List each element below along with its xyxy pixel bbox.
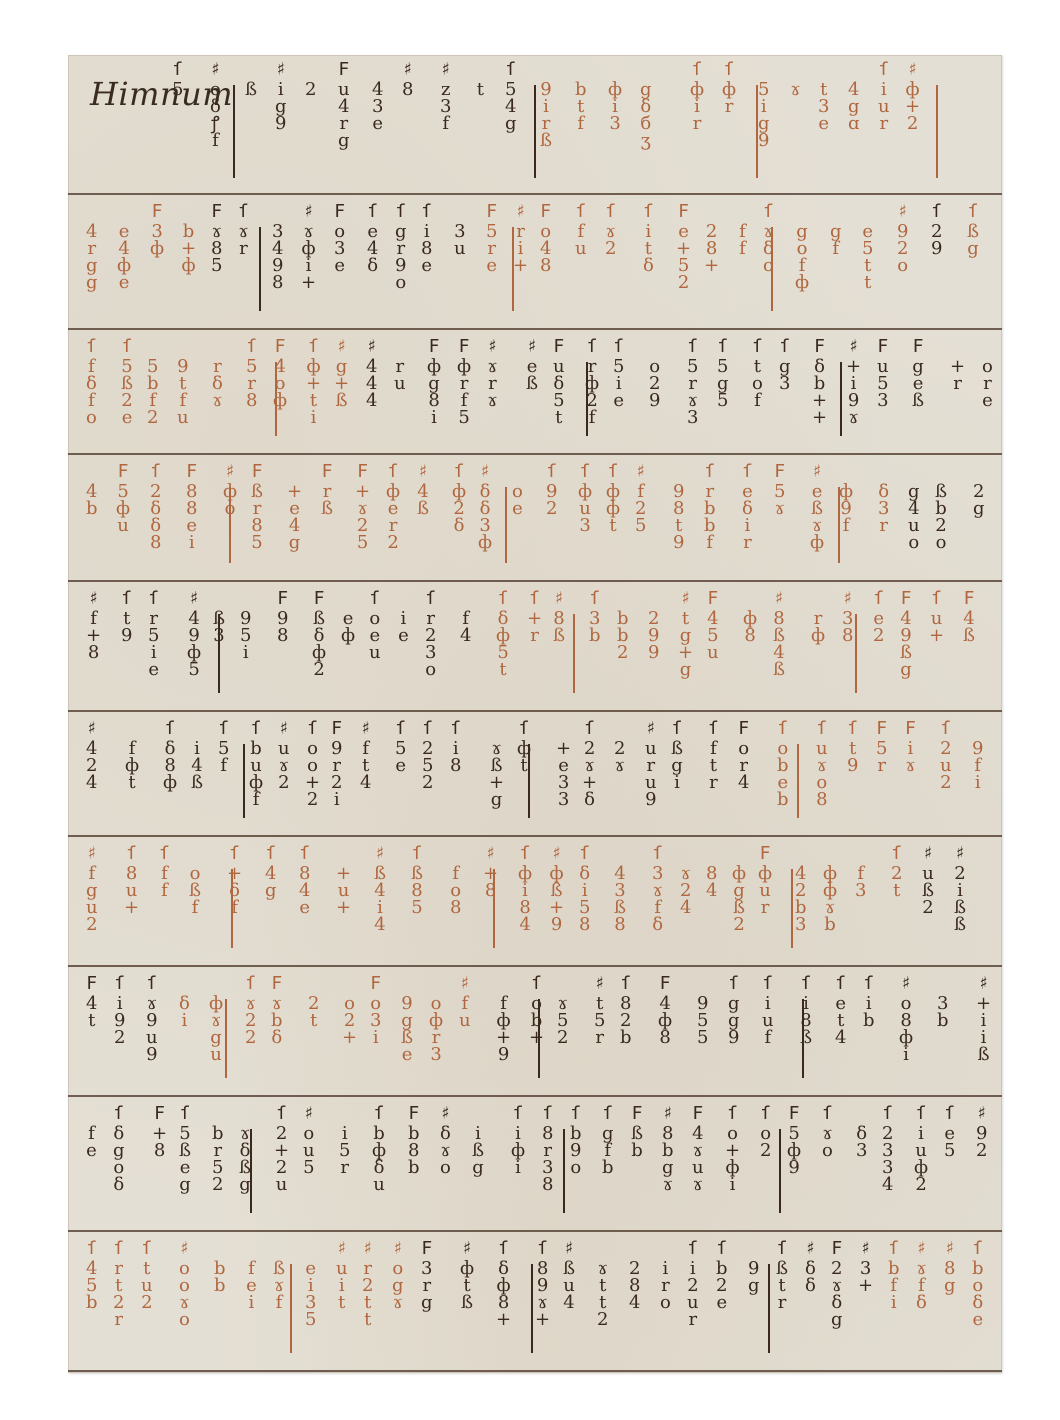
- tablature-chord: ♯ig9: [275, 61, 287, 132]
- rhythm-flag-icon: [790, 61, 801, 81]
- tablature-chord: ſ5r8: [246, 338, 257, 409]
- tablature-chord: ſb2e: [716, 1240, 728, 1311]
- tablature-chord: Fiɤ: [905, 720, 916, 774]
- tablature-chord: ſß85: [411, 845, 423, 916]
- tablature-chord: ♯ßu4: [563, 1240, 575, 1311]
- tablature-letter: e: [716, 1294, 727, 1311]
- tablature-letter: o: [86, 409, 97, 426]
- tablature-letter: g: [421, 1294, 433, 1311]
- rhythm-flag-icon: ſ: [968, 203, 979, 223]
- rhythm-flag-icon: ſ: [251, 720, 262, 740]
- rhythm-flag-icon: ♯: [774, 590, 785, 610]
- tablature-chord: ♯8bgɤ: [662, 1105, 674, 1193]
- tablature-chord: ſrt2r: [113, 1240, 124, 1328]
- tablature-chord: f4: [460, 590, 471, 644]
- rhythm-flag-icon: [308, 975, 319, 995]
- rhythm-flag-icon: ♯: [944, 1240, 955, 1260]
- rhythm-flag-icon: ♯: [594, 975, 605, 995]
- tablature-system: ſ45bſrt2rſtu2♯ooɤo bb fei ßɤf ei35♯uit♯r…: [68, 1234, 1002, 1368]
- rhythm-flag-icon: ſ: [605, 203, 616, 223]
- bar-line: [802, 999, 804, 1078]
- rhythm-flag-icon: ſ: [882, 1105, 893, 1125]
- tablature-chord: e5tt: [862, 203, 873, 291]
- tablature-chord: ♯3+: [858, 1240, 873, 1294]
- tablature-letter: r: [778, 1294, 787, 1311]
- tablature-chord: 2g: [973, 463, 985, 517]
- tablature-letter: g: [265, 882, 277, 899]
- tablature-letter: r: [953, 375, 962, 392]
- rhythm-flag-icon: ♯: [645, 720, 656, 740]
- bar-line: [259, 227, 261, 311]
- tablature-letter: g: [86, 274, 98, 291]
- rhythm-flag-icon: [454, 203, 465, 223]
- rhythm-flag-icon: ♯: [551, 845, 562, 865]
- tablature-chord: F49ßg: [900, 590, 912, 678]
- tablature-letter: ß: [553, 627, 565, 644]
- bar-line: [838, 487, 840, 563]
- tablature-letter: +: [342, 1029, 357, 1046]
- tablature-letter: i: [243, 644, 249, 661]
- tablature-chord: 3498: [272, 203, 283, 291]
- rhythm-flag-icon: F: [459, 338, 470, 358]
- rhythm-flag-icon: ſ: [672, 720, 683, 740]
- tablature-letter: ß: [540, 132, 552, 149]
- rhythm-flag-icon: [615, 845, 626, 865]
- rhythm-flag-icon: ♯: [275, 61, 286, 81]
- tablature-chord: ♯49ф5: [187, 590, 201, 678]
- tablature-chord: ♯2ißß: [954, 845, 966, 933]
- rhythm-flag-icon: ſ: [608, 463, 619, 483]
- tablature-letter: δ: [367, 257, 378, 274]
- tablature-letter: e: [818, 115, 829, 132]
- rhythm-flag-icon: [575, 61, 586, 81]
- rhythm-flag-icon: ſ: [529, 590, 540, 610]
- bar-line: [512, 227, 514, 311]
- tablature-chord: ſ5ßeg: [179, 1105, 191, 1193]
- rhythm-flag-icon: [830, 203, 841, 223]
- tablature-letter: 8: [150, 534, 161, 551]
- tablature-chord: Fɤ85: [211, 203, 222, 274]
- tablature-chord: ei35: [305, 1240, 316, 1328]
- tablature-chord: F2ɤδg: [831, 1240, 843, 1328]
- tablature-letter: 5: [251, 534, 262, 551]
- tablature-letter: f: [706, 534, 713, 551]
- tablature-letter: ß: [912, 392, 924, 409]
- tablature-chord: ſi2ur: [687, 1240, 699, 1328]
- tablature-chord: Fßδф2: [312, 590, 326, 678]
- tablature-letter: t: [88, 1012, 95, 1029]
- tablature-chord: 4b: [86, 463, 98, 517]
- tablature-chord: δ3: [856, 1105, 867, 1159]
- tablature-chord: 28+: [704, 203, 719, 274]
- rhythm-flag-icon: F: [275, 338, 286, 358]
- rhythm-flag-icon: ſ: [180, 1105, 191, 1125]
- tablature-letter: 3: [609, 115, 620, 132]
- rhythm-flag-icon: [862, 203, 873, 223]
- tablature-letter: f: [832, 240, 839, 257]
- tablature-chord: ſftr: [708, 720, 719, 791]
- tablature-chord: fф+9: [496, 975, 511, 1063]
- tablature-letter: o: [179, 1311, 190, 1328]
- tablature-chord: ɤß+g: [489, 720, 504, 808]
- tablature-chord: ſe2: [873, 590, 884, 644]
- rhythm-flag-icon: [818, 61, 829, 81]
- bar-line: [225, 999, 227, 1078]
- tablature-letter: δ: [454, 517, 465, 534]
- rhythm-flag-icon: F: [553, 338, 564, 358]
- tablature-chord: Fu4rg: [338, 61, 350, 149]
- tablature-letter: 4: [360, 774, 371, 791]
- tablature-chord: ♯4ß: [417, 463, 429, 517]
- rhythm-flag-icon: ♯: [375, 845, 386, 865]
- tablature-letter: o: [936, 534, 947, 551]
- tablature-chord: 4gɑ: [848, 61, 860, 132]
- tablature-letter: f: [212, 132, 219, 149]
- tablature-letter: i: [189, 534, 195, 551]
- rhythm-flag-icon: [856, 1105, 867, 1125]
- rhythm-flag-icon: ♯: [336, 1240, 347, 1260]
- bar-line: [791, 869, 793, 948]
- tablature-letter: 9: [551, 916, 562, 933]
- tablature-letter: 4: [366, 392, 377, 409]
- tablature-chord: ſtu2: [141, 1240, 153, 1311]
- tablature-letter: 4: [563, 1294, 574, 1311]
- tablature-chord: ſфu3: [578, 463, 592, 534]
- tablature-chord: ♯ß4i4: [374, 845, 386, 933]
- tablature-chord: F5r: [876, 720, 887, 774]
- tablature-letter: 8: [246, 392, 257, 409]
- rhythm-flag-icon: F: [271, 975, 282, 995]
- tablature-chord: ♯444: [366, 338, 377, 409]
- tablature-chord: F+8: [152, 1105, 167, 1159]
- rhythm-flag-icon: ♯: [923, 845, 934, 865]
- tablature-chord: ſɤ9u9: [146, 975, 158, 1063]
- tablature-chord: ſg3: [779, 338, 791, 392]
- tablature-chord: i4ß: [191, 720, 203, 791]
- tablature-chord: ſo2: [760, 1105, 771, 1159]
- staff-rule: [68, 1095, 1002, 1097]
- tablature-chord: bb: [214, 1240, 226, 1294]
- tablature-letter: ʒ: [641, 132, 651, 149]
- tablature-chord: ſßtr: [776, 1240, 788, 1311]
- bar-line: [275, 362, 277, 436]
- tablature-chord: ♯ф+2: [905, 61, 920, 132]
- rhythm-flag-icon: ſ: [847, 720, 858, 740]
- rhythm-flag-icon: F: [334, 203, 345, 223]
- tablature-letter: r: [725, 98, 734, 115]
- tablature-letter: 9: [728, 1029, 739, 1046]
- tablature-chord: Fßb: [631, 1105, 643, 1159]
- tablature-chord: F98: [277, 590, 288, 644]
- rhythm-flag-icon: [190, 845, 201, 865]
- rhythm-flag-icon: ♯: [179, 1240, 190, 1260]
- rhythm-flag-icon: [274, 1240, 285, 1260]
- rhythm-flag-icon: [212, 338, 223, 358]
- rhythm-flag-icon: ſ: [777, 1240, 788, 1260]
- tablature-letter: o: [570, 1159, 581, 1176]
- tablature-chord: фgß2: [732, 845, 746, 933]
- tablature-chord: ♯uß2: [922, 845, 934, 916]
- tablature-letter: 2: [733, 916, 744, 933]
- tablature-chord: ſɤo: [822, 1105, 833, 1159]
- tablature-letter: i: [730, 1176, 736, 1193]
- tablature-chord: F+ɤ25: [355, 463, 370, 551]
- bar-line: [573, 614, 575, 693]
- tablature-chord: ſɤ2: [605, 203, 616, 257]
- rhythm-flag-icon: [491, 720, 502, 740]
- tablature-letter: 3: [855, 882, 866, 899]
- tablature-chord: ♯ogɤ: [392, 1240, 404, 1311]
- rhythm-flag-icon: ♯: [418, 463, 429, 483]
- rhythm-flag-icon: [119, 203, 130, 223]
- bar-line: [231, 869, 233, 948]
- tablature-letter: 4: [706, 882, 717, 899]
- tablature-letter: 4: [738, 774, 749, 791]
- tablature-chord: b+ф: [181, 203, 196, 274]
- rhythm-flag-icon: [557, 975, 568, 995]
- tablature-letter: 2: [617, 644, 628, 661]
- tablature-system: 4rgg e4фeF3ф b+фFɤ85ſɤr 3498♯ɤфi+Fo3eſe4…: [68, 197, 1002, 326]
- rhythm-flag-icon: F: [338, 61, 349, 81]
- rhythm-flag-icon: ſ: [724, 61, 735, 81]
- tablature-letter: 8: [614, 916, 625, 933]
- tablature-chord: oфr3: [429, 975, 443, 1063]
- tablature-chord: Fgeß: [912, 338, 924, 409]
- tablature-chord: fe: [86, 1105, 97, 1159]
- tablature-letter: i: [373, 1029, 379, 1046]
- rhythm-flag-icon: [402, 975, 413, 995]
- tablature-letter: u: [210, 1046, 222, 1063]
- tablature-chord: 43ß8: [614, 845, 626, 933]
- tablature-chord: F5re: [486, 203, 497, 274]
- tablature-chord: ſɤ22: [245, 975, 256, 1046]
- bar-line: [229, 487, 231, 563]
- tablature-chord: fo8: [450, 845, 461, 916]
- tablature-chord: ɤtt2: [597, 1240, 608, 1328]
- tablature-letter: +: [529, 1029, 544, 1046]
- tablature-letter: o: [908, 534, 919, 551]
- bar-line: [528, 744, 530, 818]
- rhythm-flag-icon: ſ: [165, 720, 176, 740]
- tablature-chord: o2+: [342, 975, 357, 1046]
- rhythm-flag-icon: ſ: [575, 203, 586, 223]
- tablature-chord: ſfu: [575, 203, 587, 257]
- tablature-chord: ♯ɤrɤ: [487, 338, 498, 409]
- tablature-letter: 8: [816, 791, 827, 808]
- tablature-letter: ɤ: [487, 392, 497, 409]
- tablature-letter: f: [577, 115, 584, 132]
- tablature-chord: ſr23o: [425, 590, 436, 678]
- rhythm-flag-icon: [737, 203, 748, 223]
- tablature-chord: 3b: [937, 975, 949, 1029]
- bar-line: [233, 85, 235, 178]
- tablature-chord: ſboδe: [972, 1240, 984, 1328]
- tablature-letter: b: [631, 1142, 643, 1159]
- tablature-chord: br52: [212, 1105, 224, 1193]
- rhythm-flag-icon: [240, 1105, 251, 1125]
- tablature-chord: ſeδir: [742, 463, 753, 551]
- tablature-letter: e: [395, 757, 406, 774]
- tablature-letter: ф: [810, 534, 824, 551]
- rhythm-flag-icon: [758, 61, 769, 81]
- rhythm-flag-icon: ſ: [395, 720, 406, 740]
- tablature-letter: 3: [795, 916, 806, 933]
- rhythm-flag-icon: F: [186, 463, 197, 483]
- rhythm-flag-icon: ſ: [643, 203, 654, 223]
- rhythm-flag-icon: [937, 975, 948, 995]
- tablature-chord: ♯ooɤo: [179, 1240, 190, 1328]
- tablature-letter: f: [739, 240, 746, 257]
- tablature-letter: 3: [558, 791, 569, 808]
- bar-line: [563, 1129, 565, 1213]
- tablature-chord: o29: [649, 338, 660, 409]
- tablature-letter: 2: [940, 774, 951, 791]
- rhythm-flag-icon: F: [322, 463, 333, 483]
- tablature-letter: ɤ: [212, 392, 222, 409]
- rhythm-flag-icon: ♯: [480, 463, 491, 483]
- tablature-chord: ſt9: [121, 590, 132, 644]
- rhythm-flag-icon: F: [421, 1240, 432, 1260]
- rhythm-flag-icon: ſ: [150, 463, 161, 483]
- rhythm-flag-icon: ſ: [687, 338, 698, 358]
- rhythm-flag-icon: F: [252, 463, 263, 483]
- tablature-letter: ɑ: [848, 115, 860, 132]
- tablature-letter: ф: [163, 774, 177, 791]
- tablature-letter: i: [249, 1294, 255, 1311]
- rhythm-flag-icon: [541, 61, 552, 81]
- tablature-letter: o: [822, 1142, 833, 1159]
- bar-line: [797, 744, 799, 818]
- tablature-letter: b: [937, 1012, 949, 1029]
- tablature-letter: ɤ: [393, 1294, 403, 1311]
- rhythm-flag-icon: [797, 203, 808, 223]
- tablature-letter: e: [402, 1046, 413, 1063]
- rhythm-flag-icon: [908, 463, 919, 483]
- tablature-letter: 4: [460, 627, 471, 644]
- tablature-letter: 3: [779, 375, 790, 392]
- tablature-letter: 9: [121, 627, 132, 644]
- tablature-chord: Fфrf5: [457, 338, 471, 426]
- tablature-letter: 2: [976, 1142, 987, 1159]
- rhythm-flag-icon: F: [901, 590, 912, 610]
- bar-line: [855, 614, 857, 693]
- tablature-letter: 2: [597, 1311, 608, 1328]
- rhythm-flag-icon: ſ: [602, 1105, 613, 1125]
- bar-line: [840, 362, 842, 436]
- tablature-chord: ſi92: [114, 975, 125, 1046]
- rhythm-flag-icon: ♯: [842, 590, 853, 610]
- tablature-letter: i: [334, 791, 340, 808]
- rhythm-flag-icon: ſ: [580, 463, 591, 483]
- tablature-letter: δ: [271, 1029, 282, 1046]
- tablature-letter: 2: [305, 81, 316, 98]
- rhythm-flag-icon: ſ: [454, 463, 465, 483]
- rhythm-flag-icon: ſ: [728, 975, 739, 995]
- rhythm-flag-icon: ♯: [554, 590, 565, 610]
- tablature-chord: ſ89ɤ+: [535, 1240, 550, 1328]
- tablature-chord: ſфr: [722, 61, 736, 115]
- rhythm-flag-icon: ſ: [422, 720, 433, 740]
- tablature-chord: ſiuф2: [914, 1105, 928, 1193]
- tablature-letter: r: [709, 774, 718, 791]
- rhythm-flag-icon: ♯: [527, 338, 538, 358]
- tablature-chord: ſфer2: [386, 463, 400, 551]
- rhythm-flag-icon: ♯: [662, 1105, 673, 1125]
- tablature-letter: 3: [856, 1142, 867, 1159]
- tablature-system: 4bF5фuſ2δδ8F88ei♯фoFßr85 +e4gFrßF+ɤ25ſфe…: [68, 457, 1002, 578]
- tablature-letter: g: [472, 1159, 484, 1176]
- tablature-letter: 2: [546, 500, 557, 517]
- staff-rule: [68, 835, 1002, 837]
- rhythm-flag-icon: [706, 203, 717, 223]
- rhythm-flag-icon: ♯: [907, 61, 918, 81]
- tablature-chord: ſgg9: [728, 975, 740, 1046]
- rhythm-flag-icon: ſ: [374, 1105, 385, 1125]
- tablature-letter: 2: [278, 774, 289, 791]
- tablature-letter: t: [364, 1311, 371, 1328]
- rhythm-flag-icon: F: [964, 590, 975, 610]
- tablature-chord: rф: [811, 590, 825, 644]
- tablature-letter: 2: [245, 1029, 256, 1046]
- tablature-chord: ſфi84: [518, 845, 532, 933]
- tablature-letter: g: [900, 661, 912, 678]
- tablature-letter: r: [743, 534, 752, 551]
- rhythm-flag-icon: F: [429, 338, 440, 358]
- tablature-letter: 2: [557, 1029, 568, 1046]
- tablature-letter: t: [520, 757, 527, 774]
- tablature-letter: g: [748, 1277, 760, 1294]
- tablature-letter: 5: [172, 81, 183, 98]
- tablature-chord: ſob+: [529, 975, 544, 1046]
- tablature-chord: t: [475, 61, 486, 98]
- rhythm-flag-icon: [848, 61, 859, 81]
- tablature-letter: ß: [461, 1294, 473, 1311]
- rhythm-flag-icon: [460, 590, 471, 610]
- rhythm-flag-icon: ſ: [421, 203, 432, 223]
- tablature-chord: ♯92: [976, 1105, 987, 1159]
- tablature-letter: 5: [303, 1159, 314, 1176]
- staff-rule: [68, 1370, 1002, 1372]
- rhythm-flag-icon: ſ: [835, 975, 846, 995]
- tablature-chord: ſgr9o: [395, 203, 407, 291]
- rhythm-flag-icon: [649, 338, 660, 358]
- tablature-letter: ß: [773, 661, 785, 678]
- tablature-letter: i: [975, 774, 981, 791]
- rhythm-flag-icon: [640, 61, 651, 81]
- rhythm-flag-icon: ♯: [635, 463, 646, 483]
- tablature-chord: ſ5f: [218, 720, 229, 774]
- tablature-chord: ♯o8фi: [899, 975, 913, 1063]
- tablature-chord: 84: [706, 845, 717, 899]
- tablature-chord: ſ5ß2e: [121, 338, 133, 426]
- tablature-chord: ♯8: [402, 61, 413, 98]
- tablature-letter: g: [680, 661, 692, 678]
- rhythm-flag-icon: [343, 590, 354, 610]
- tablature-chord: ſfδfo: [86, 338, 97, 426]
- rhythm-flag-icon: ♯: [88, 590, 99, 610]
- rhythm-flag-icon: ♯: [955, 845, 966, 865]
- rhythm-flag-icon: [211, 975, 222, 995]
- bar-line: [771, 227, 773, 311]
- tablature-chord: ♯fgu2: [86, 845, 98, 933]
- tablature-chord: ффɤb: [823, 845, 837, 933]
- tablature-chord: ſitδ: [643, 203, 654, 274]
- tablature-letter: u: [369, 644, 381, 661]
- tablature-chord: ♯ɤфi+: [301, 203, 316, 291]
- tablature-chord: bb2: [617, 590, 629, 661]
- tablature-chord: 4rgg: [86, 203, 98, 291]
- tablature-chord: ſ5g5: [717, 338, 729, 409]
